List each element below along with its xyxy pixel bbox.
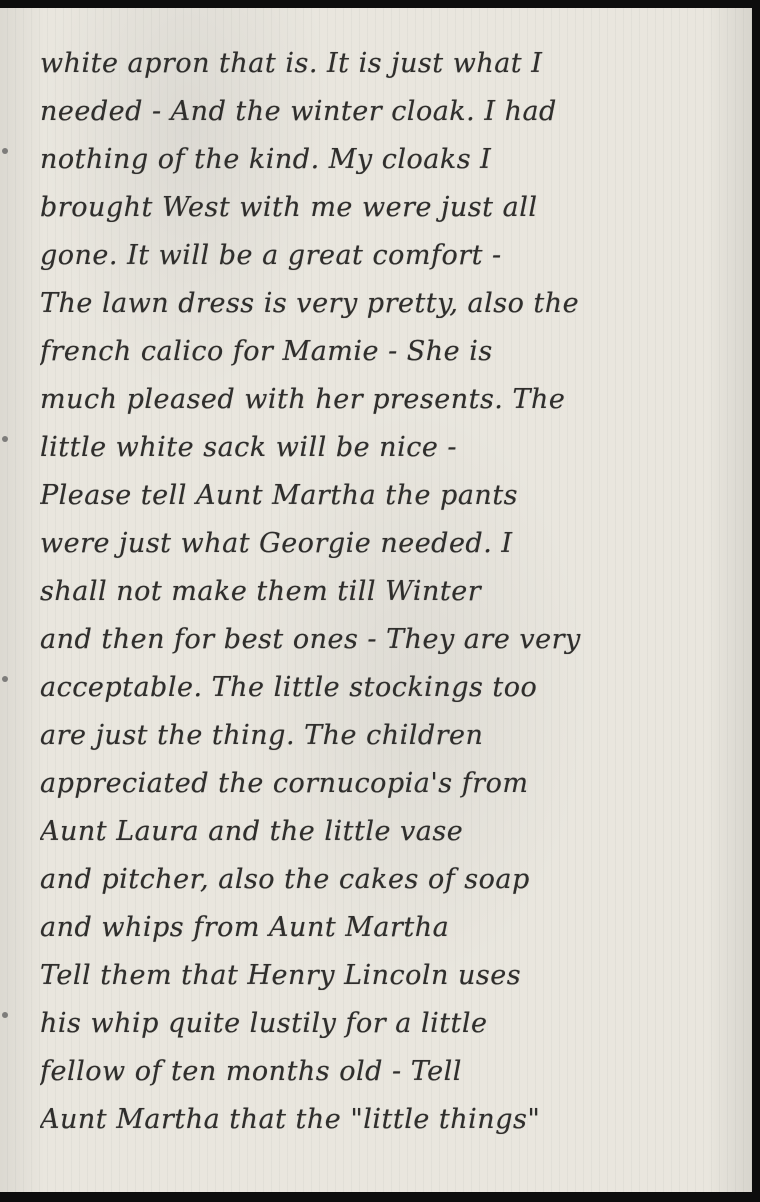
text-line: needed - And the winter cloak. I had	[40, 88, 740, 136]
text-line: Tell them that Henry Lincoln uses	[40, 952, 740, 1000]
text-line: appreciated the cornucopia's from	[40, 760, 740, 808]
text-line: white apron that is. It is just what I	[40, 40, 740, 88]
text-line: little white sack will be nice -	[40, 424, 740, 472]
text-line: Aunt Martha that the "little things"	[40, 1096, 740, 1144]
text-line: french calico for Mamie - She is	[40, 328, 740, 376]
text-line: The lawn dress is very pretty, also the	[40, 280, 740, 328]
handwritten-text: white apron that is. It is just what I n…	[40, 40, 740, 1144]
text-line: shall not make them till Winter	[40, 568, 740, 616]
text-line: and then for best ones - They are very	[40, 616, 740, 664]
lined-paper: white apron that is. It is just what I n…	[0, 8, 752, 1192]
text-line: brought West with me were just all	[40, 184, 740, 232]
margin-mark	[2, 436, 8, 442]
text-line: much pleased with her presents. The	[40, 376, 740, 424]
text-line: gone. It will be a great comfort -	[40, 232, 740, 280]
text-line: Please tell Aunt Martha the pants	[40, 472, 740, 520]
text-line: fellow of ten months old - Tell	[40, 1048, 740, 1096]
margin-mark	[2, 676, 8, 682]
text-line: were just what Georgie needed. I	[40, 520, 740, 568]
text-line: and pitcher, also the cakes of soap	[40, 856, 740, 904]
text-line: are just the thing. The children	[40, 712, 740, 760]
text-line: his whip quite lustily for a little	[40, 1000, 740, 1048]
margin-mark	[2, 148, 8, 154]
text-line: nothing of the kind. My cloaks I	[40, 136, 740, 184]
scanned-page: white apron that is. It is just what I n…	[0, 0, 760, 1202]
text-line: Aunt Laura and the little vase	[40, 808, 740, 856]
margin-mark	[2, 1012, 8, 1018]
text-line: and whips from Aunt Martha	[40, 904, 740, 952]
text-line: acceptable. The little stockings too	[40, 664, 740, 712]
